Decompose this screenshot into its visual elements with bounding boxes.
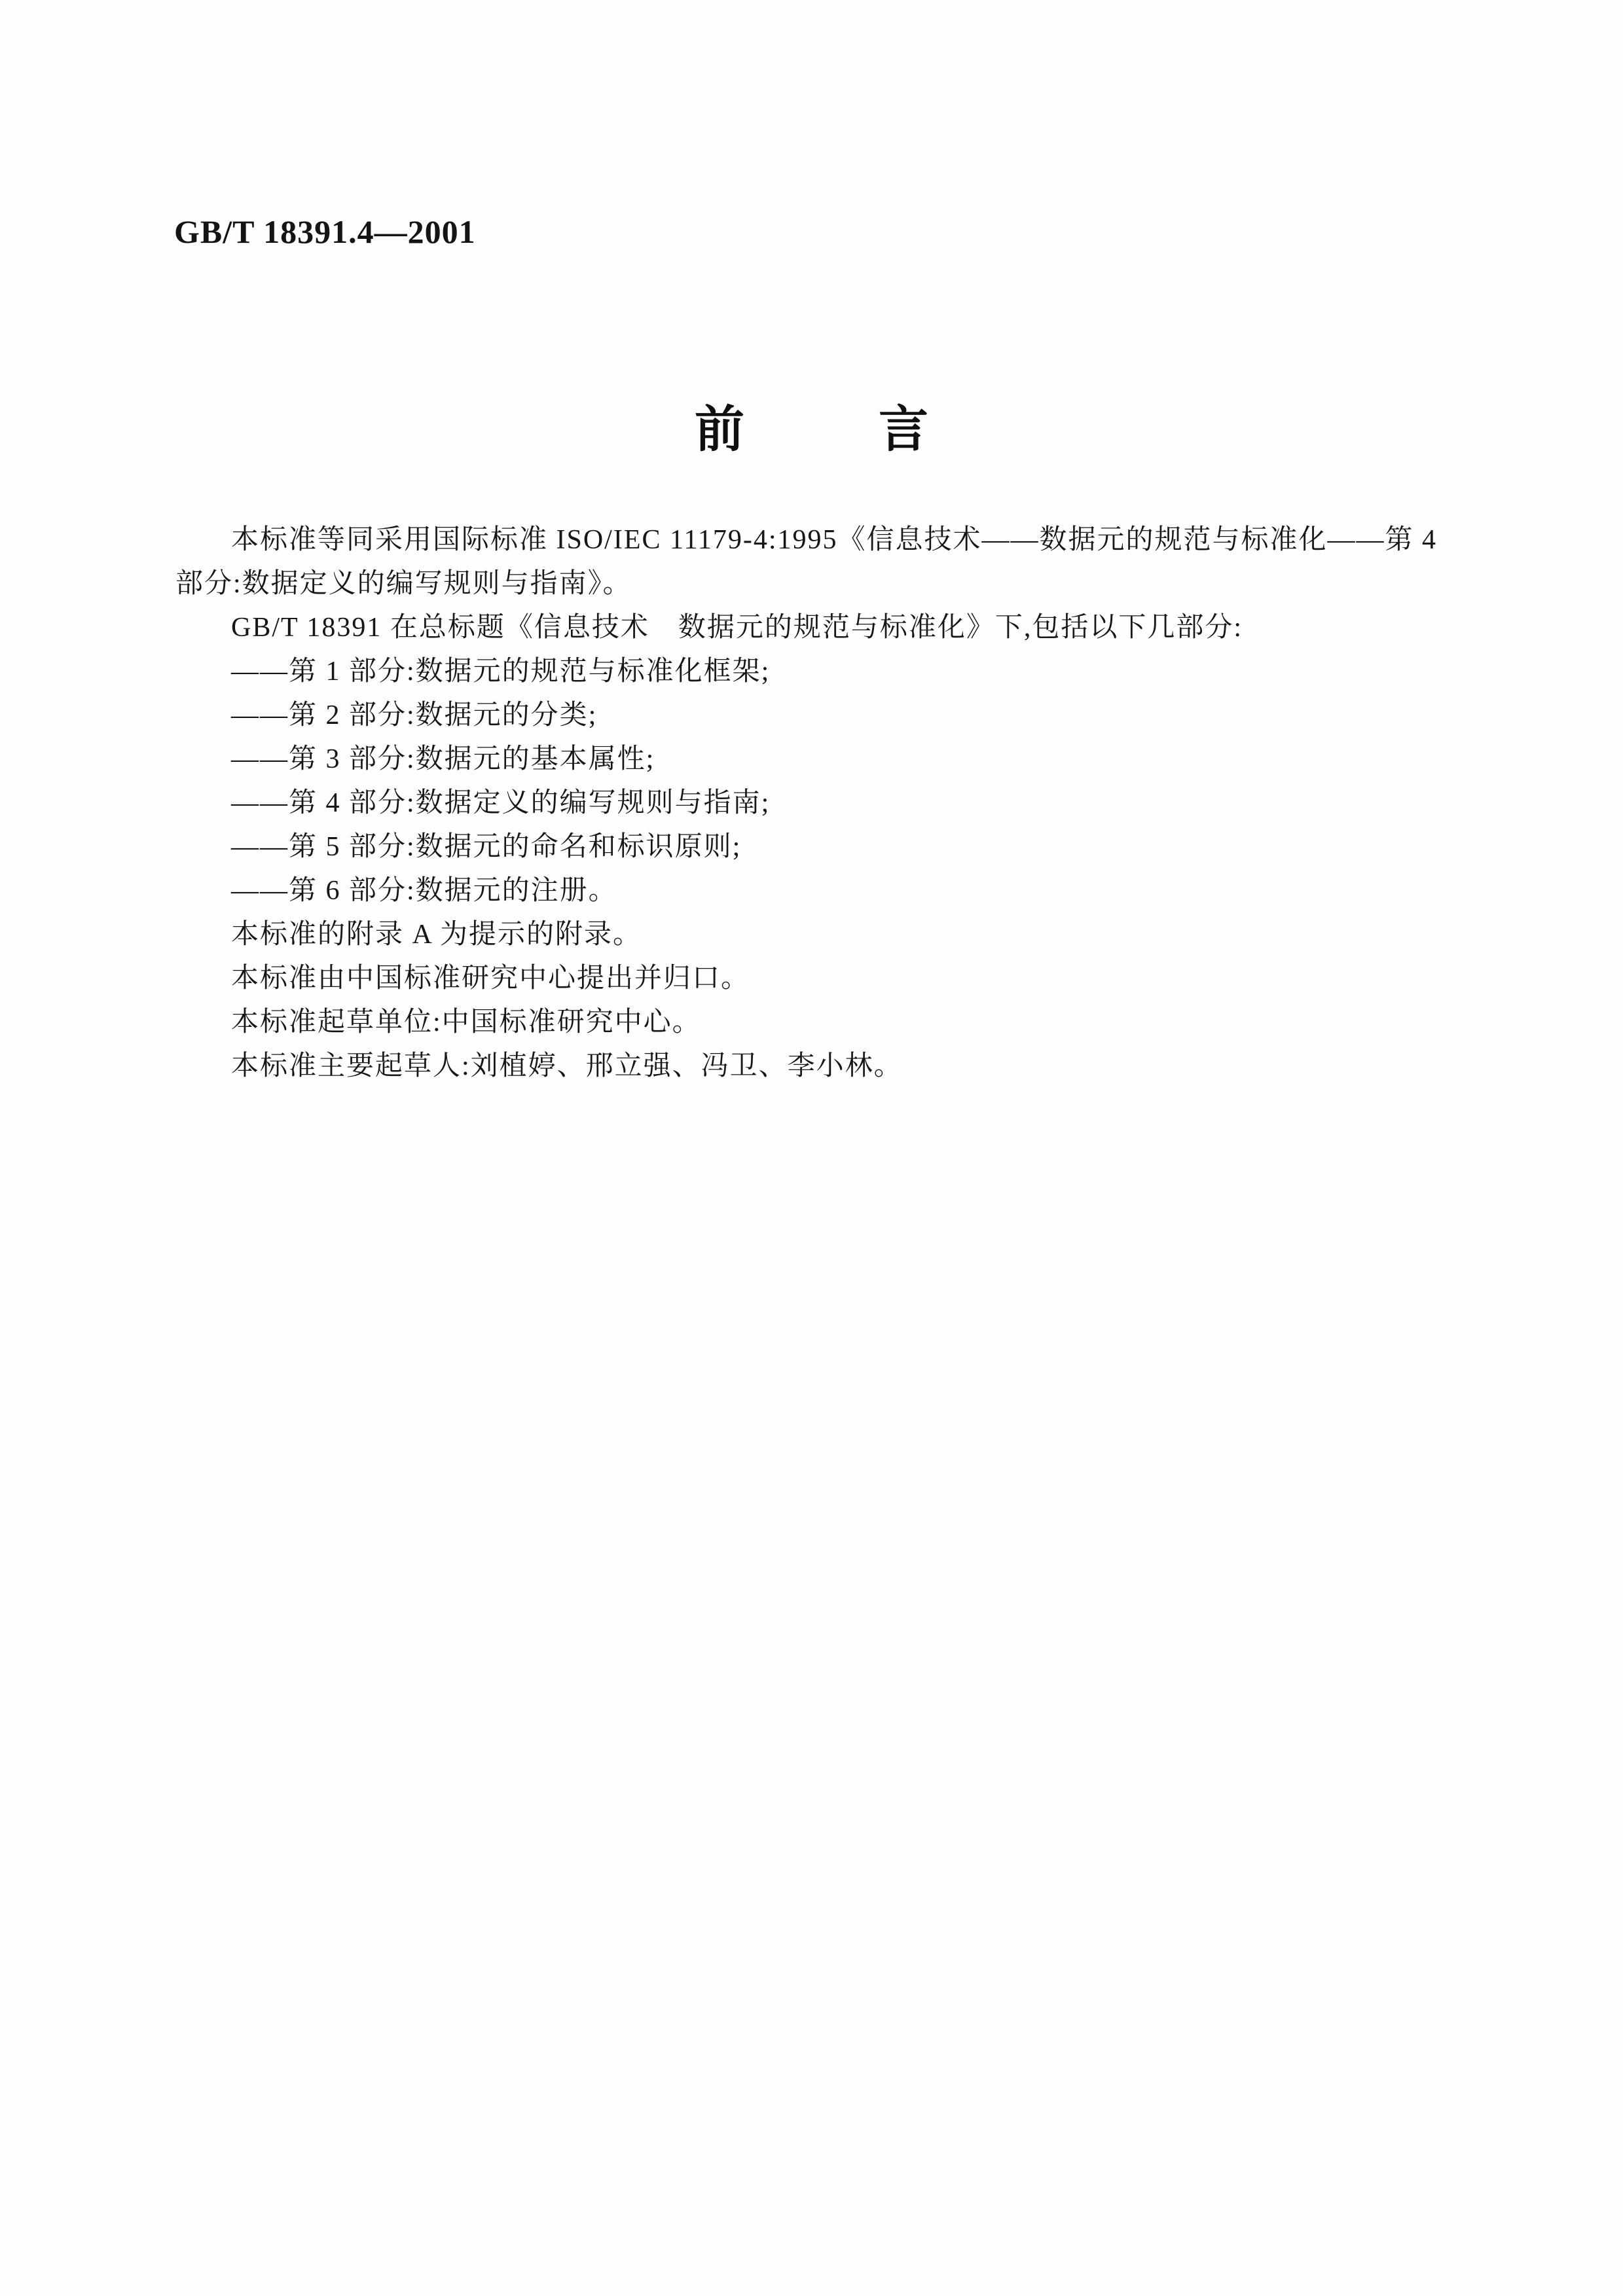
foreword-title-char-1: 前: [695, 401, 744, 459]
body-line: ——第 6 部分:数据元的注册。: [175, 869, 1446, 913]
body-line: 本标准起草单位:中国标准研究中心。: [175, 1001, 1446, 1045]
foreword-title: 前 言: [0, 401, 1623, 459]
foreword-title-char-2: 言: [879, 401, 928, 459]
document-page: GB/T 18391.4—2001 前 言 本标准等同采用国际标准 ISO/IE…: [0, 0, 1623, 2296]
body-line: ——第 2 部分:数据元的分类;: [175, 694, 1446, 738]
body-line: 本标准等同采用国际标准 ISO/IEC 11179-4:1995《信息技术——数…: [175, 518, 1446, 562]
body-line: 部分:数据定义的编写规则与指南》。: [175, 562, 1446, 606]
body-text: 本标准等同采用国际标准 ISO/IEC 11179-4:1995《信息技术——数…: [175, 518, 1446, 1088]
body-line: 本标准的附录 A 为提示的附录。: [175, 913, 1446, 957]
body-line: ——第 1 部分:数据元的规范与标准化框架;: [175, 650, 1446, 694]
standard-code: GB/T 18391.4—2001: [174, 212, 476, 251]
body-line: 本标准主要起草人:刘植婷、邢立强、冯卫、李小林。: [175, 1045, 1446, 1088]
body-line: ——第 5 部分:数据元的命名和标识原则;: [175, 825, 1446, 869]
body-line: GB/T 18391 在总标题《信息技术 数据元的规范与标准化》下,包括以下几部…: [175, 606, 1446, 650]
body-line: ——第 3 部分:数据元的基本属性;: [175, 738, 1446, 781]
body-line: ——第 4 部分:数据定义的编写规则与指南;: [175, 781, 1446, 825]
body-line: 本标准由中国标准研究中心提出并归口。: [175, 957, 1446, 1001]
